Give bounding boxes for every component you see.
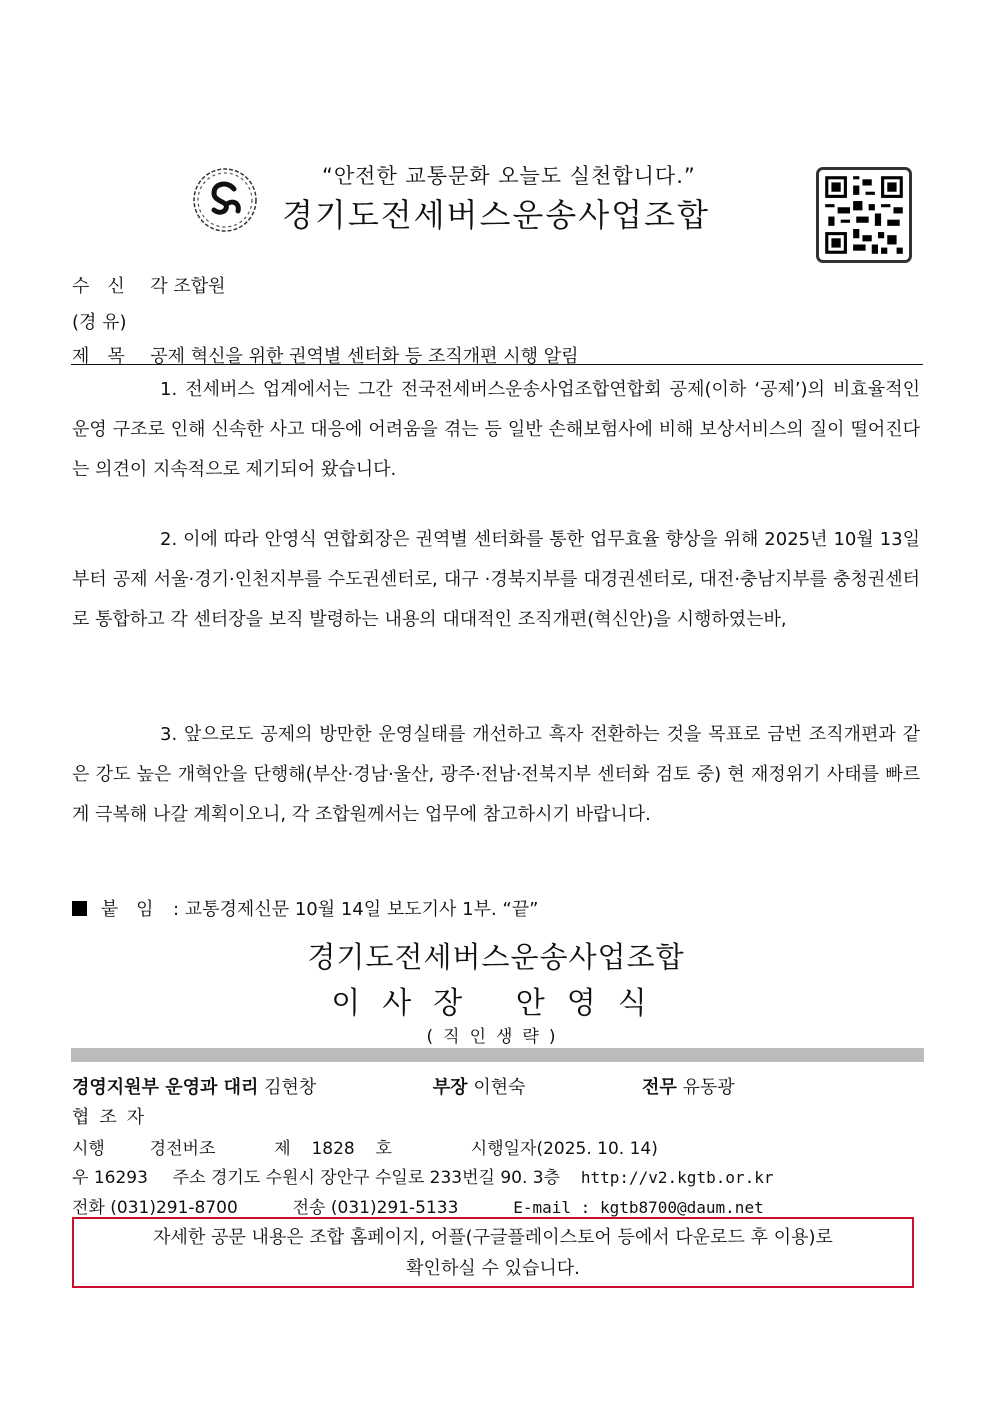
notice-line-2: 확인하실 수 있습니다. [74, 1253, 912, 1284]
recipient-value: 각 조합원 [150, 276, 225, 297]
recipient-row: 수 신 각 조합원 [72, 272, 226, 298]
section-divider-band [71, 1048, 924, 1062]
address: 주소 경기도 수원시 장안구 수일로 233번길 90. 3층 [173, 1168, 560, 1188]
qr-code-icon[interactable] [816, 167, 912, 263]
subject-divider [71, 364, 923, 365]
email-link[interactable]: E-mail : kgtb8700@daum.net [513, 1198, 763, 1217]
org-title: 경기도전세버스운송사업조합 [282, 190, 710, 236]
doc-code: 경전버조 [150, 1139, 216, 1159]
attachment-label: 붙 임 [101, 899, 154, 920]
via-label: (경 유) [72, 308, 127, 334]
signature-org: 경기도전세버스운송사업조합 [0, 935, 992, 976]
signature-name: 이사장 안영식 [0, 978, 992, 1022]
union-emblem-icon [190, 165, 260, 235]
notice-box: 자세한 공문 내용은 조합 홈페이지, 어플(구글플레이스토어 등에서 다운로드… [72, 1219, 914, 1288]
executive-title: 전무 [642, 1077, 677, 1098]
enforce-label: 시행 [72, 1139, 105, 1159]
doc-no-prefix: 제 [274, 1139, 290, 1159]
manager-name: 이현숙 [473, 1077, 525, 1098]
body-paragraph-3: 3. 앞으로도 공제의 방만한 운영실태를 개선하고 흑자 전환하는 것을 목표… [72, 715, 920, 835]
fax: 전송 (031)291-5133 [293, 1198, 459, 1218]
notice-line-1: 자세한 공문 내용은 조합 홈페이지, 어플(구글플레이스토어 등에서 다운로드… [74, 1222, 912, 1253]
attachment-value[interactable]: : 교통경제신문 10월 14일 보도기사 1부. “끝” [173, 899, 538, 920]
website-link[interactable]: http://v2.kgtb.or.kr [581, 1168, 774, 1187]
doc-no-suffix: 호 [376, 1139, 392, 1159]
manager-title: 부장 [433, 1077, 468, 1098]
square-bullet-icon [72, 901, 87, 916]
drafter-title: 경영지원부 운영과 대리 [72, 1077, 258, 1098]
seal-note: (직인생략) [0, 1022, 992, 1047]
contact-row: 전화 (031)291-8700 전송 (031)291-5133 E-mail… [72, 1193, 764, 1218]
enforce-date: 시행일자(2025. 10. 14) [471, 1139, 658, 1159]
phone: 전화 (031)291-8700 [72, 1198, 238, 1218]
drafter-name: 김현창 [264, 1077, 316, 1098]
executive-name: 유동광 [682, 1077, 734, 1098]
body-paragraph-2: 2. 이에 따라 안영식 연합회장은 권역별 센터화를 통한 업무효율 향상을 … [72, 520, 920, 640]
recipient-label: 수 신 [72, 276, 125, 297]
doc-no: 1828 [311, 1139, 354, 1159]
enforcement-row: 시행 경전버조 제 1828 호 시행일자(2025. 10. 14) [72, 1134, 658, 1159]
attachment-row: 붙 임 : 교통경제신문 10월 14일 보도기사 1부. “끝” [72, 895, 538, 921]
cooperator-label: 협조자 [72, 1103, 154, 1129]
slogan: “안전한 교통문화 오늘도 실천합니다.” [322, 160, 696, 190]
postal-code: 우 16293 [72, 1168, 148, 1188]
body-paragraph-1: 1. 전세버스 업계에서는 그간 전국전세버스운송사업조합연합회 공제(이하 ‘… [72, 370, 920, 490]
address-row: 우 16293 주소 경기도 수원시 장안구 수일로 233번길 90. 3층 … [72, 1163, 774, 1188]
approval-row: 경영지원부 운영과 대리 김현창 부장 이현숙 전무 유동광 [72, 1073, 735, 1099]
